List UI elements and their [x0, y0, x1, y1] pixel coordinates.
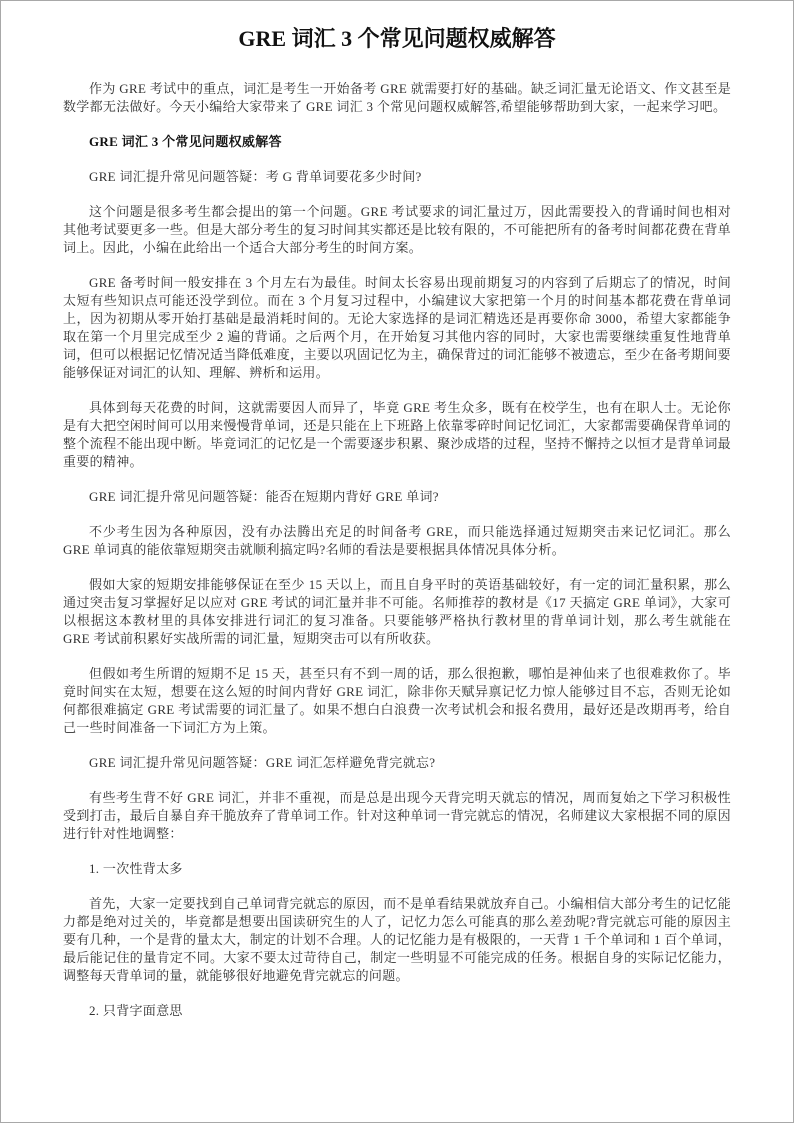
answer-2-paragraph-1: 不少考生因为各种原因，没有办法腾出充足的时间备考 GRE，而只能选择通过短期突击…: [63, 523, 731, 559]
document-title: GRE 词汇 3 个常见问题权威解答: [63, 25, 731, 54]
question-3: GRE 词汇提升常见问题答疑：GRE 词汇怎样避免背完就忘?: [63, 754, 731, 772]
answer-2-paragraph-2: 假如大家的短期安排能够保证在至少 15 天以上，而且自身平时的英语基础较好，有一…: [63, 576, 731, 648]
document-page: GRE 词汇 3 个常见问题权威解答 作为 GRE 考试中的重点，词汇是考生一开…: [0, 0, 794, 1123]
answer-3-paragraph-1: 有些考生背不好 GRE 词汇，并非不重视，而是总是出现今天背完明天就忘的情况，周…: [63, 789, 731, 843]
section-heading: GRE 词汇 3 个常见问题权威解答: [63, 133, 731, 151]
answer-1-paragraph-1: 这个问题是很多考生都会提出的第一个问题。GRE 考试要求的词汇量过万，因此需要投…: [63, 203, 731, 257]
answer-2-paragraph-3: 但假如考生所谓的短期不足 15 天，甚至只有不到一周的话，那么很抱歉，哪怕是神仙…: [63, 665, 731, 737]
question-1: GRE 词汇提升常见问题答疑：考 G 背单词要花多少时间?: [63, 168, 731, 186]
answer-3-paragraph-2: 首先，大家一定要找到自己单词背完就忘的原因，而不是单看结果就放弃自己。小编相信大…: [63, 895, 731, 985]
answer-1-paragraph-2: GRE 备考时间一般安排在 3 个月左右为最佳。时间太长容易出现前期复习的内容到…: [63, 274, 731, 382]
question-2: GRE 词汇提升常见问题答疑：能否在短期内背好 GRE 单词?: [63, 488, 731, 506]
list-item-2: 2. 只背字面意思: [63, 1002, 731, 1020]
answer-1-paragraph-3: 具体到每天花费的时间，这就需要因人而异了，毕竟 GRE 考生众多，既有在校学生，…: [63, 399, 731, 471]
intro-paragraph: 作为 GRE 考试中的重点，词汇是考生一开始备考 GRE 就需要打好的基础。缺乏…: [63, 80, 731, 116]
list-item-1: 1. 一次性背太多: [63, 860, 731, 878]
